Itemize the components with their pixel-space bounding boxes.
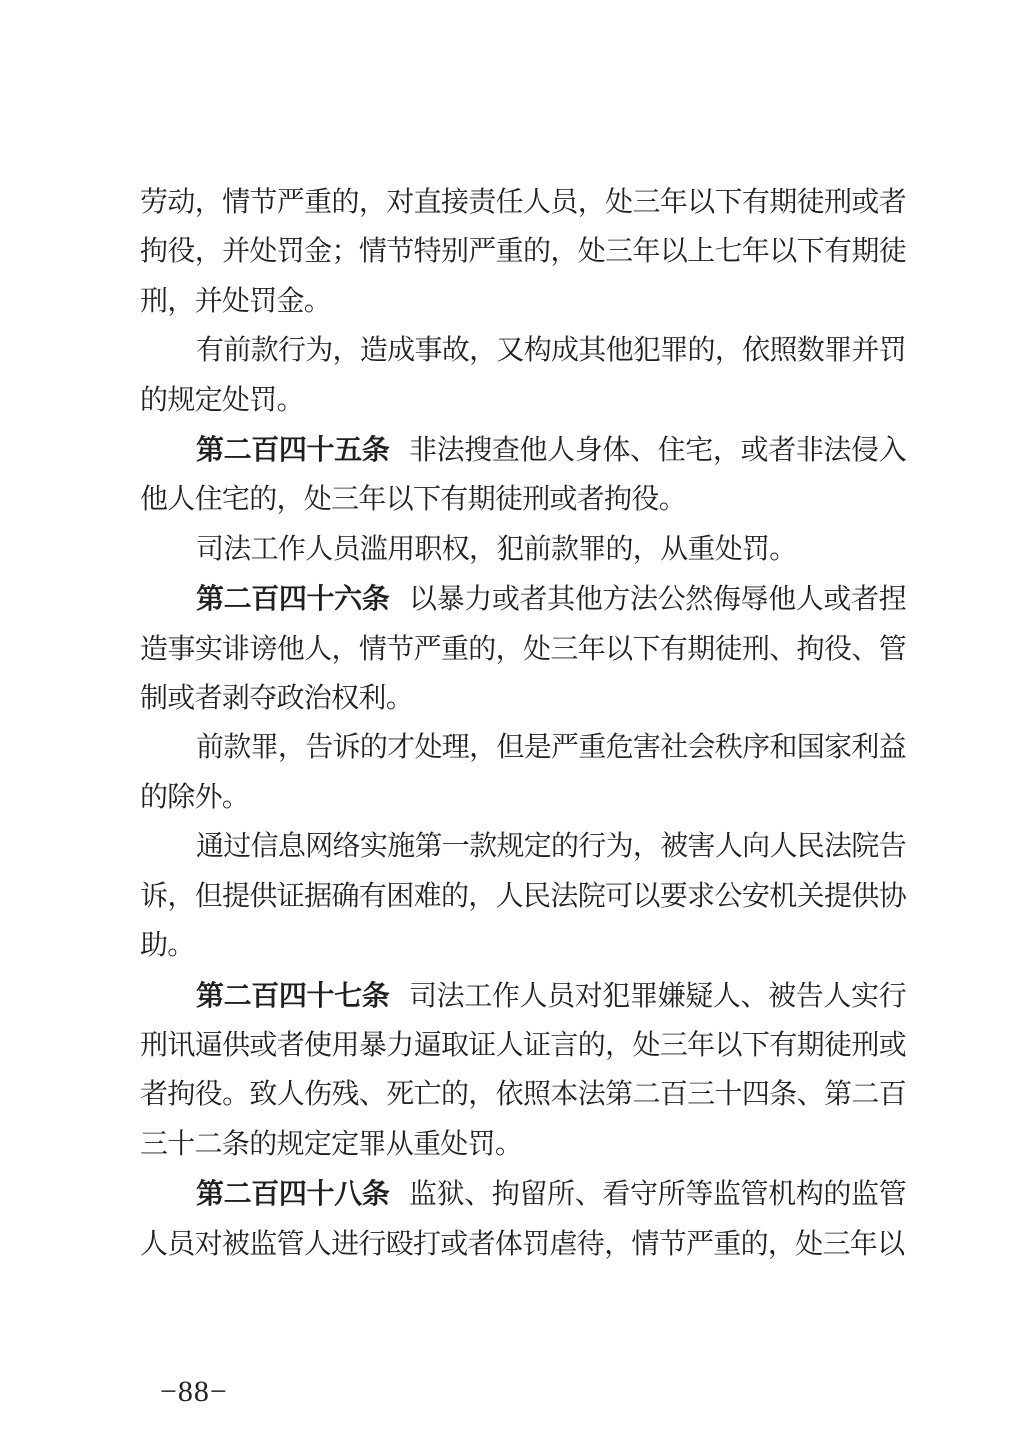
law-text-block: 劳动，情节严重的，对直接责任人员，处三年以下有期徒刑或者拘役，并处罚金；情节特别… <box>140 178 906 1269</box>
article-number-label: 第二百四十六条 <box>196 583 389 614</box>
paragraph: 有前款行为，造成事故，又构成其他犯罪的，依照数罪并罚的规定处罚。 <box>140 326 906 425</box>
document-page: 劳动，情节严重的，对直接责任人员，处三年以下有期徒刑或者拘役，并处罚金；情节特别… <box>0 0 1024 1448</box>
article-number-label: 第二百四十五条 <box>196 434 389 465</box>
article-number-label: 第二百四十七条 <box>196 980 389 1011</box>
paragraph: 通过信息网络实施第一款规定的行为，被害人向人民法院告诉，但提供证据确有困难的，人… <box>140 822 906 970</box>
paragraph: 司法工作人员滥用职权，犯前款罪的，从重处罚。 <box>140 525 906 574</box>
page-footer: −88− <box>160 1375 228 1409</box>
article-paragraph: 第二百四十七条司法工作人员对犯罪嫌疑人、被告人实行刑讯逼供或者使用暴力逼取证人证… <box>140 971 906 1170</box>
paragraph: 前款罪，告诉的才处理，但是严重危害社会秩序和国家利益的除外。 <box>140 723 906 822</box>
article-paragraph: 第二百四十六条以暴力或者其他方法公然侮辱他人或者捏造事实诽谤他人，情节严重的，处… <box>140 574 906 723</box>
page-number: −88− <box>160 1375 228 1408</box>
article-number-label: 第二百四十八条 <box>196 1178 389 1209</box>
paragraph: 劳动，情节严重的，对直接责任人员，处三年以下有期徒刑或者拘役，并处罚金；情节特别… <box>140 178 906 326</box>
article-paragraph: 第二百四十五条非法搜查他人身体、住宅，或者非法侵入他人住宅的，处三年以下有期徒刑… <box>140 425 906 525</box>
article-paragraph: 第二百四十八条监狱、拘留所、看守所等监管机构的监管人员对被监管人进行殴打或者体罚… <box>140 1169 906 1269</box>
